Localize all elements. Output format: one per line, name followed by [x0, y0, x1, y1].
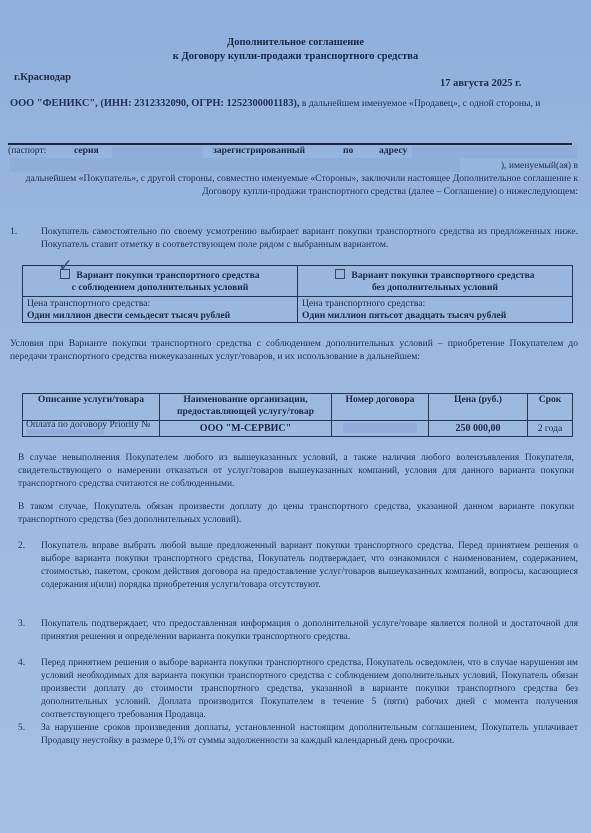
- document-subtitle: к Договору купли-продажи транспортного с…: [0, 51, 591, 62]
- seller-name: ООО "ФЕНИКС", (ИНН: 2312332090, ОГРН: 12…: [10, 98, 300, 109]
- list-item-5: 5. За нарушение сроков произведения допл…: [10, 722, 578, 748]
- col-header-contract: Номер договора: [332, 394, 429, 421]
- col-header-organization: Наименование организации, предоставляюще…: [160, 394, 332, 421]
- seller-paragraph: ООО "ФЕНИКС", (ИНН: 2312332090, ОГРН: 12…: [10, 97, 578, 110]
- redacted-address-continued: [10, 158, 460, 172]
- series-label: серия: [74, 145, 99, 156]
- redacted-address: [412, 146, 577, 158]
- services-table: Описание услуги/товара Наименование орга…: [22, 393, 573, 437]
- item-number: 2.: [18, 540, 25, 553]
- document-title: Дополнительное соглашение: [0, 37, 591, 48]
- item-text: Перед принятием решения о выборе вариант…: [10, 657, 578, 722]
- redacted-series: [112, 146, 202, 158]
- checkmark-icon: ✓: [58, 258, 72, 274]
- purchase-options-table: ✓Вариант покупки транспортного средства …: [22, 265, 573, 323]
- option-with-conditions-price: Цена транспортного средства: Один миллио…: [23, 297, 298, 323]
- registered-label: зарегистрированный: [213, 145, 305, 156]
- document-date: 17 августа 2025 г.: [440, 78, 521, 89]
- item-text: Покупатель подтверждает, что предоставле…: [10, 618, 578, 644]
- cell-term: 2 года: [528, 421, 573, 437]
- nonperformance-paragraph: В случае невыполнения Покупателем любого…: [18, 452, 574, 491]
- cell-contract-number: [332, 421, 429, 437]
- option-with-conditions-header: ✓Вариант покупки транспортного средства …: [23, 266, 298, 297]
- item-text: Покупатель самостоятельно по своему усмо…: [10, 225, 578, 251]
- option-without-conditions-checkbox[interactable]: [335, 269, 345, 279]
- list-item-4: 4. Перед принятием решения о выборе вари…: [10, 657, 578, 722]
- item-text: За нарушение сроков произведения доплаты…: [10, 722, 578, 748]
- by-label: по: [343, 145, 353, 156]
- option-with-conditions-checkbox[interactable]: ✓: [60, 269, 70, 279]
- conditions-paragraph: Условия при Варианте покупки транспортно…: [10, 337, 578, 363]
- seller-rest: в дальнейшем именуемое «Продавец», с одн…: [300, 98, 541, 109]
- col-header-description: Описание услуги/товара: [23, 394, 160, 421]
- item-number: 3.: [18, 618, 25, 631]
- option-without-conditions-price: Цена транспортного средства: Один миллио…: [298, 297, 573, 323]
- passport-label: (паспорт:: [8, 145, 46, 156]
- surcharge-paragraph: В таком случае, Покупатель обязан произв…: [18, 501, 574, 527]
- col-header-price: Цена (руб.): [429, 394, 528, 421]
- item-number: 1.: [10, 225, 17, 238]
- item-number: 5.: [18, 722, 25, 735]
- cell-organization: ООО "М-СЕРВИС": [160, 421, 332, 437]
- col-header-term: Срок: [528, 394, 573, 421]
- document-city: г.Краснодар: [14, 72, 71, 83]
- address-label: адресу: [379, 145, 407, 156]
- redacted-contract-number: [343, 423, 417, 433]
- item-number: 4.: [18, 657, 25, 670]
- cell-price: 250 000,00: [429, 421, 528, 437]
- option-without-conditions-header: Вариант покупки транспортного средства б…: [298, 266, 573, 297]
- cell-description: Оплата по договору Priority №: [23, 421, 160, 437]
- list-item-1: 1. Покупатель самостоятельно по своему у…: [10, 225, 578, 251]
- list-item-2: 2. Покупатель вправе выбрать любой выше …: [10, 540, 578, 592]
- list-item-3: 3. Покупатель подтверждает, что предоста…: [10, 618, 578, 644]
- item-text: Покупатель вправе выбрать любой выше пре…: [10, 540, 578, 592]
- document-page: Дополнительное соглашение к Договору куп…: [0, 0, 591, 833]
- table-row: Оплата по договору Priority № ООО "М-СЕР…: [23, 421, 573, 437]
